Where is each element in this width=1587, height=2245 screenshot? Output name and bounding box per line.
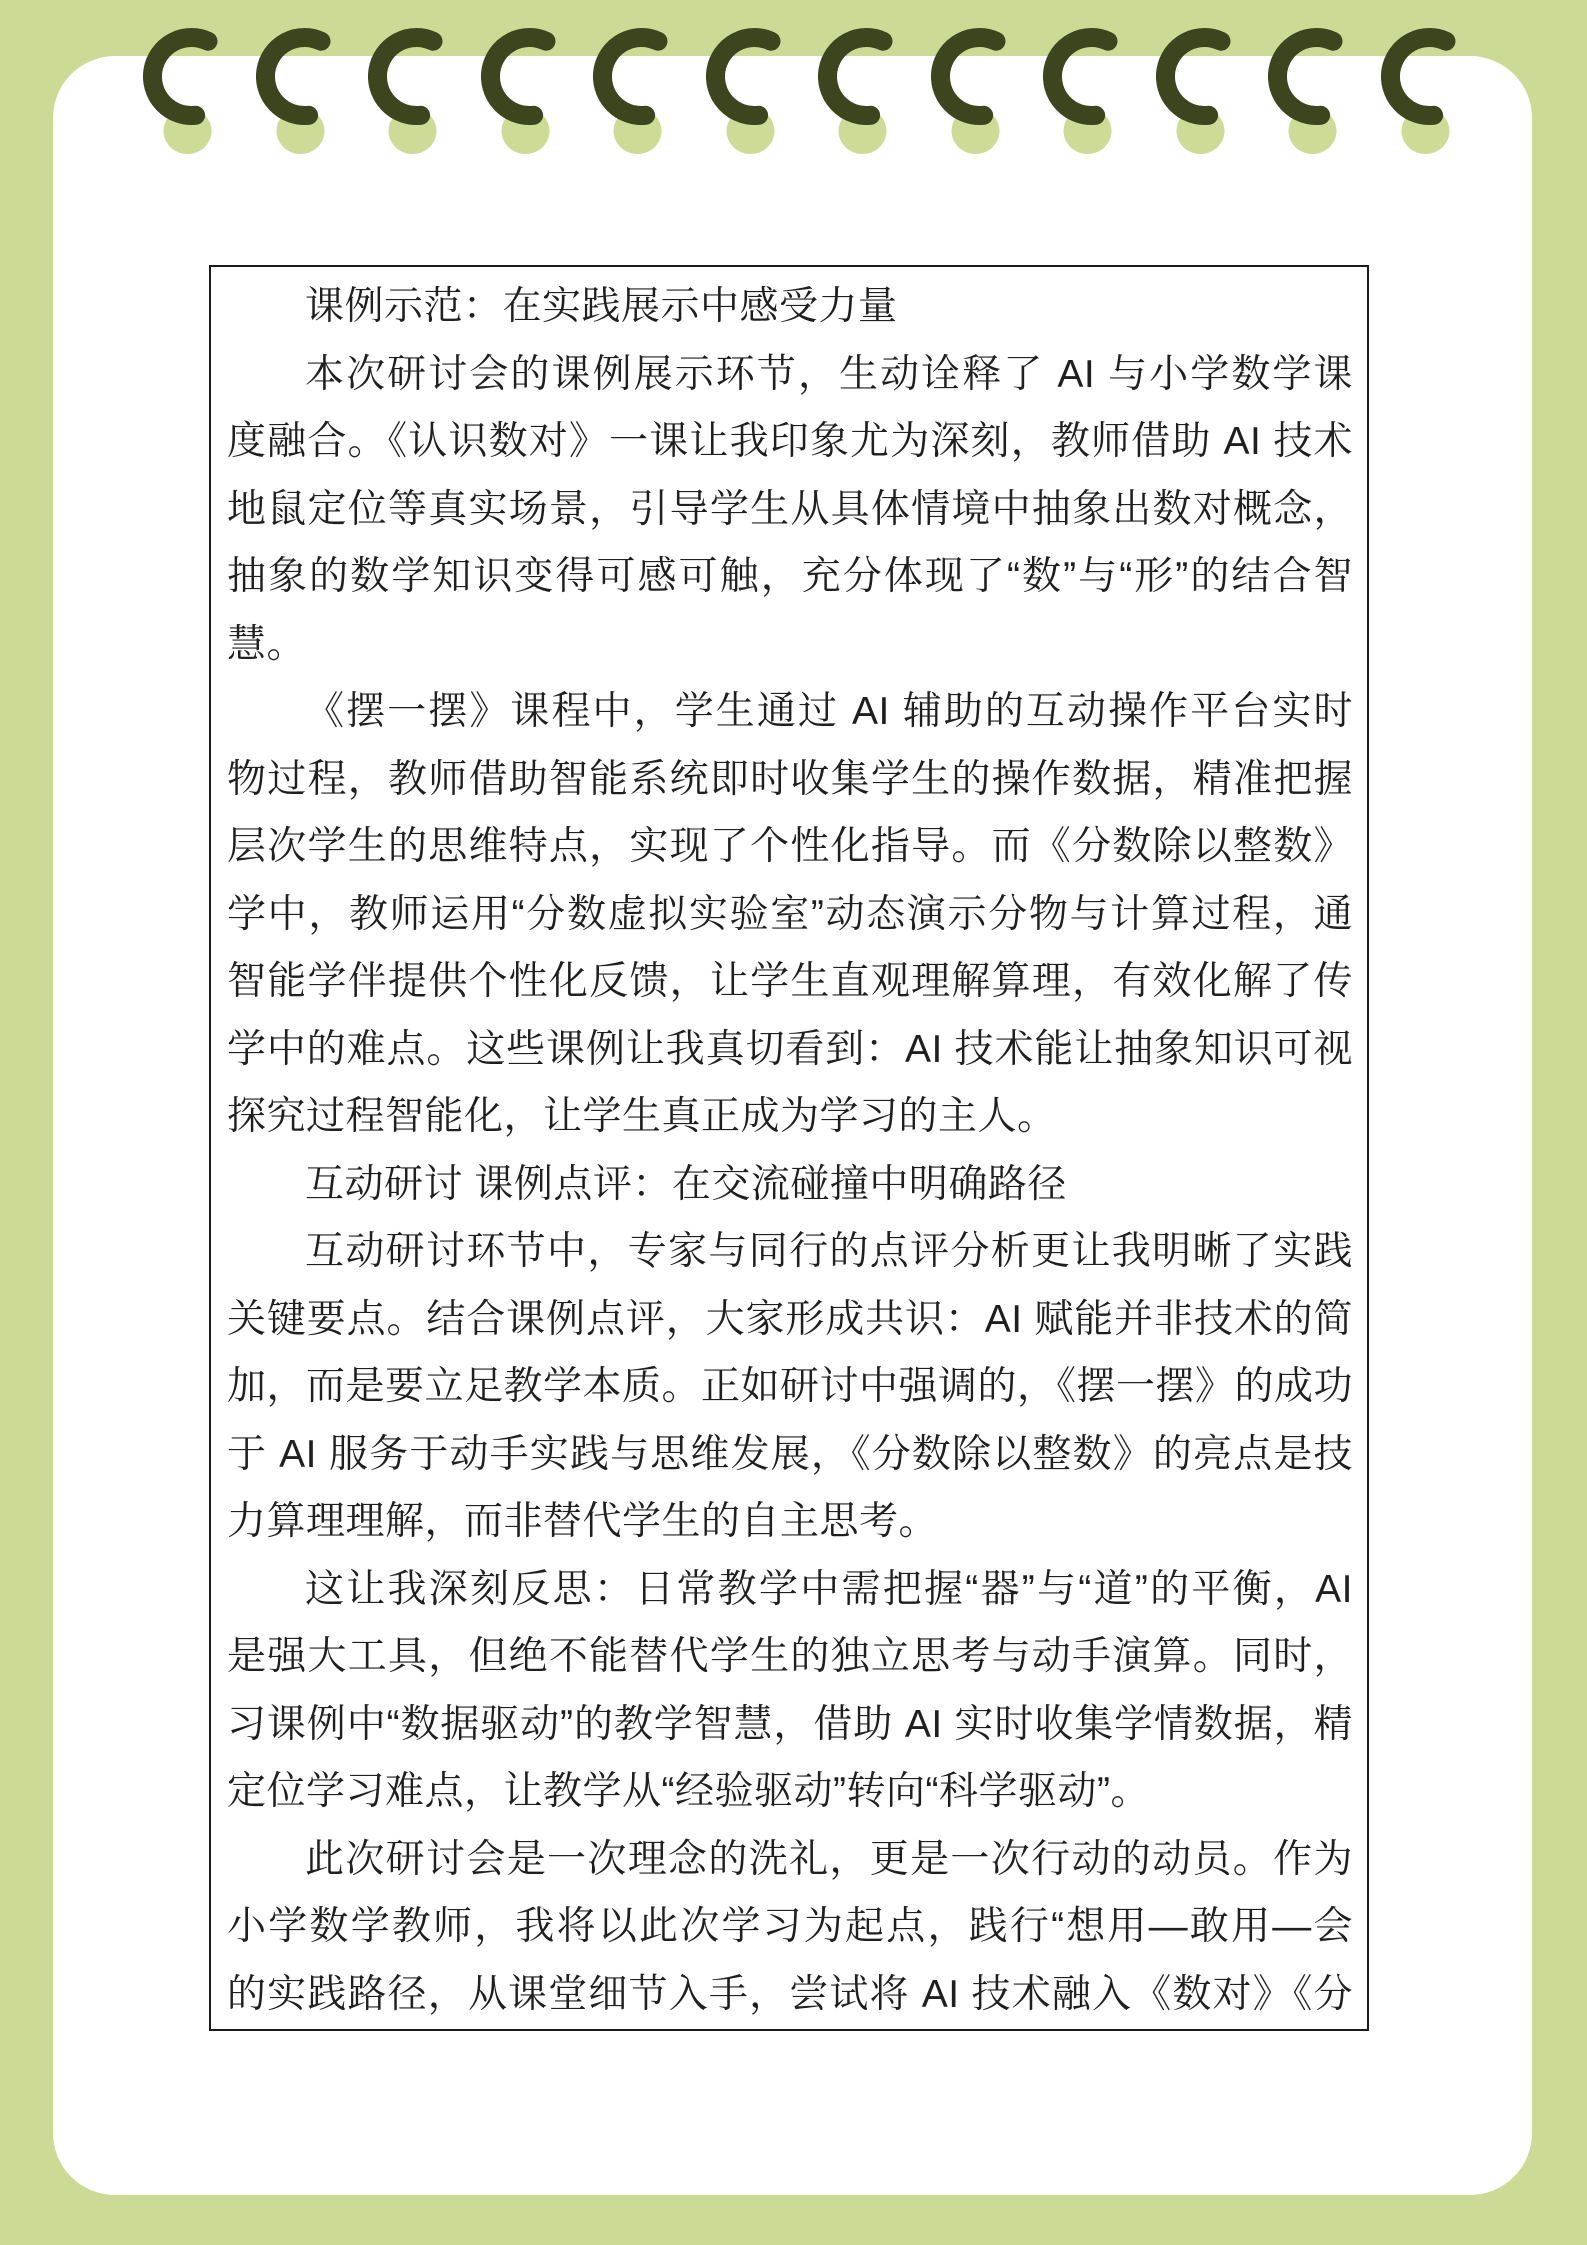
text-line: 探究过程智能化，让学生真正成为学习的主人。	[227, 1083, 1353, 1151]
text-line: 习课例中“数据驱动”的教学智慧，借助 AI 实时收集学情数据，精准	[227, 1691, 1353, 1759]
text-line: 学中，教师运用“分数虚拟实验室”动态演示分物与计算过程，通过	[227, 881, 1353, 949]
spiral-ring-icon	[931, 28, 1028, 188]
ring-wire	[603, 38, 659, 116]
text-line: 定位学习难点，让教学从“经验驱动”转向“科学驱动”。	[227, 1758, 1353, 1826]
ring-wire	[828, 38, 884, 116]
spiral-ring-icon	[818, 28, 915, 188]
text-line: 力算理理解，而非替代学生的自主思考。	[227, 1488, 1353, 1556]
ring-wire	[715, 38, 771, 116]
text-line: 智能学伴提供个性化反馈，让学生直观理解算理，有效化解了传统教	[227, 948, 1353, 1016]
ring-wire	[1278, 38, 1334, 116]
text-line: 互动研讨 课例点评：在交流碰撞中明确路径	[227, 1151, 1353, 1219]
text-line: 度融合。《认识数对》一课让我印象尤为深刻，教师借助 AI 技术创设	[227, 408, 1353, 476]
spiral-ring-icon	[1268, 28, 1365, 188]
spiral-ring-icon	[706, 28, 803, 188]
ring-wire	[490, 38, 546, 116]
text-line: 于 AI 服务于动手实践与思维发展，《分数除以整数》的亮点是技术助	[227, 1421, 1353, 1489]
text-line: 地鼠定位等真实场景，引导学生从具体情境中抽象出数对概念，原本	[227, 476, 1353, 544]
spiral-ring-icon	[1156, 28, 1253, 188]
text-line: 本次研讨会的课例展示环节，生动诠释了 AI 与小学数学课堂的深	[227, 341, 1353, 409]
notebook-page: { "theme": { "background": "#cbda94", "p…	[0, 0, 1587, 2245]
text-line: 此次研讨会是一次理念的洗礼，更是一次行动的动员。作为一线	[227, 1826, 1353, 1894]
text-line: 物过程，教师借助智能系统即时收集学生的操作数据，精准把握不同	[227, 746, 1353, 814]
spiral-ring-icon	[1381, 28, 1478, 188]
text-line: 小学数学教师，我将以此次学习为起点，践行“想用—敢用—会用”	[227, 1893, 1353, 1961]
text-line: 是强大工具，但绝不能替代学生的独立思考与动手演算。同时，要学	[227, 1623, 1353, 1691]
binding-rings	[143, 28, 1478, 188]
text-line: 慧。	[227, 611, 1353, 679]
spiral-ring-icon	[143, 28, 240, 188]
ring-wire	[1165, 38, 1221, 116]
spiral-ring-icon	[593, 28, 690, 188]
text-line: 学中的难点。这些课例让我真切看到：AI 技术能让抽象知识可视化、	[227, 1016, 1353, 1084]
ring-wire	[378, 38, 434, 116]
text-line: 这让我深刻反思：日常教学中需把握“器”与“道”的平衡，AI	[227, 1556, 1353, 1624]
spiral-ring-icon	[368, 28, 465, 188]
text-line: 关键要点。结合课例点评，大家形成共识：AI 赋能并非技术的简单叠	[227, 1286, 1353, 1354]
ring-wire	[1390, 38, 1446, 116]
ring-wire	[152, 38, 208, 116]
spiral-ring-icon	[1043, 28, 1140, 188]
ring-wire	[265, 38, 321, 116]
text-line: 层次学生的思维特点，实现了个性化指导。而《分数除以整数》的教	[227, 813, 1353, 881]
text-line: 课例示范：在实践展示中感受力量	[227, 273, 1353, 341]
spiral-ring-icon	[256, 28, 353, 188]
text-line: 抽象的数学知识变得可感可触，充分体现了“数”与“形”的结合智	[227, 543, 1353, 611]
text-line: 的实践路径，从课堂细节入手，尝试将 AI 技术融入《数对》《分数运	[227, 1961, 1353, 2029]
essay-text-box: 课例示范：在实践展示中感受力量本次研讨会的课例展示环节，生动诠释了 AI 与小学…	[209, 265, 1369, 2031]
document-text: 课例示范：在实践展示中感受力量本次研讨会的课例展示环节，生动诠释了 AI 与小学…	[227, 273, 1353, 2028]
text-line: 加，而是要立足教学本质。正如研讨中强调的，《摆一摆》的成功在	[227, 1353, 1353, 1421]
text-line: 互动研讨环节中，专家与同行的点评分析更让我明晰了实践中的	[227, 1218, 1353, 1286]
text-line: 《摆一摆》课程中，学生通过 AI 辅助的互动操作平台实时呈现摆	[227, 678, 1353, 746]
ring-wire	[940, 38, 996, 116]
ring-wire	[1053, 38, 1109, 116]
spiral-ring-icon	[481, 28, 578, 188]
